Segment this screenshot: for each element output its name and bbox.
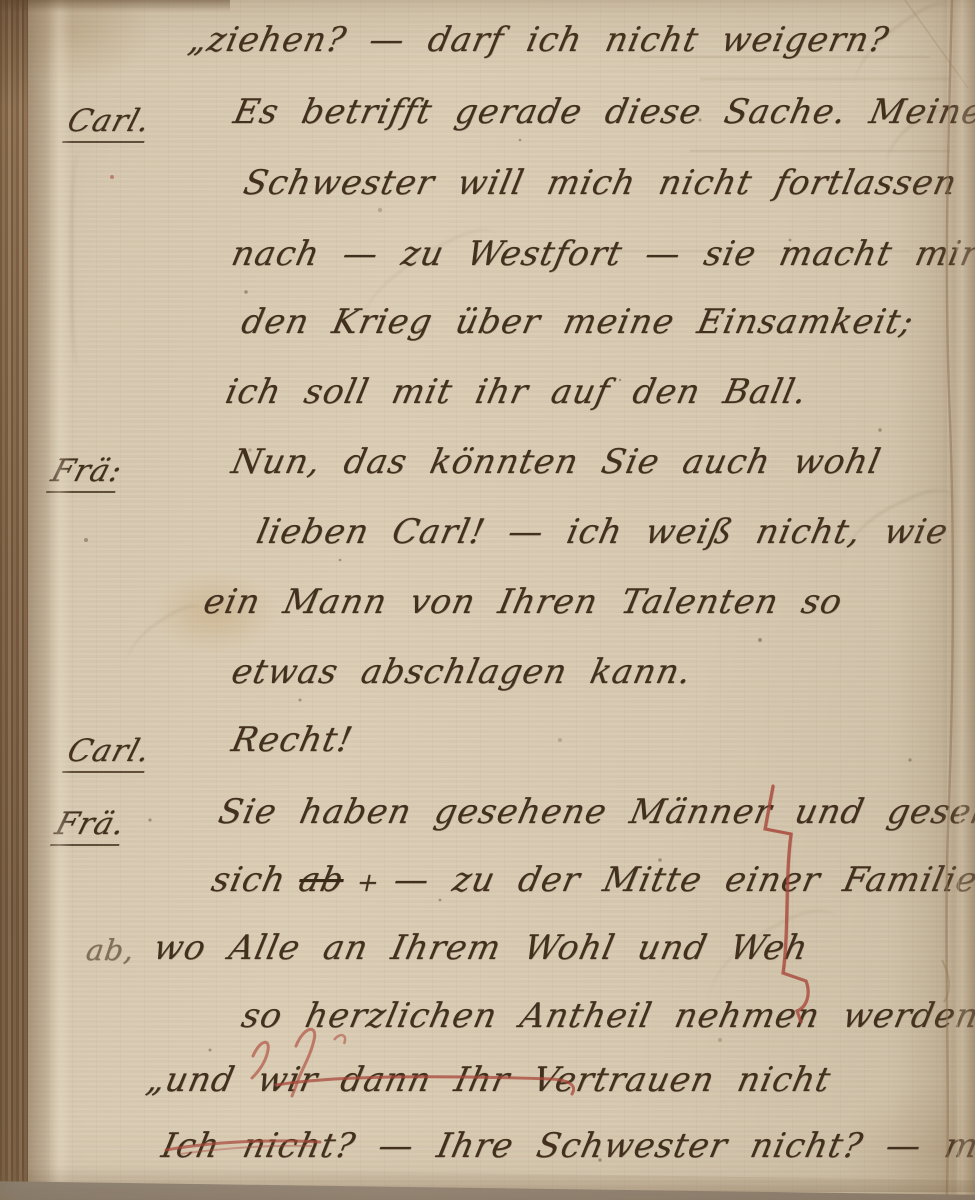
text-line: „ziehen? — darf ich nicht weigern? [185,20,893,60]
gutter-crease [46,0,72,1200]
text-line: den Krieg über meine Einsamkeit; [238,302,917,342]
text-line: so herzlichen Antheil nehmen werden. [238,996,975,1036]
text-line: wo Alle an Ihrem Wohl und Weh [150,928,812,968]
red-speck [110,175,114,179]
top-edge-shadow [0,0,230,12]
insertion-mark: + [354,868,383,898]
text-segment: sich [208,860,290,900]
binding-edge [0,0,28,1200]
struck-word: ab [295,860,348,900]
margin-note: ab, [84,933,137,967]
text-line: Recht! [228,720,357,760]
text-line: nach — zu Westfort — sie macht mir [228,234,975,274]
bleedthrough-stroke [70,150,93,370]
page-curl-shadow [887,0,947,1200]
text-line: Es betrifft gerade diese Sache. Meine [230,92,975,132]
text-line: Schwester will mich nicht fortlassen [240,163,961,203]
text-line: Sie haben gesehene Männer und gesehen [215,792,975,832]
text-line: Nun, das könnten Sie auch wohl [228,442,885,482]
speaker-label: Carl. [62,103,155,143]
text-line: sichab+— zu der Mitte einer Familie, [208,860,975,900]
speaker-label: Carl. [62,733,155,773]
text-line: lieben Carl! — ich weiß nicht, wie [253,512,952,552]
text-line: etwas abschlagen kann. [228,652,696,692]
page-right-edge [941,0,975,1200]
manuscript-page: „ziehen? — darf ich nicht weigern? Carl.… [0,0,975,1200]
text-line: ein Mann von Ihren Talenten so [200,582,846,622]
text-line: „und wir dann Ihr Vertrauen nicht [143,1060,835,1100]
bleedthrough-stroke [122,595,208,687]
text-line: Ich nicht? — Ihre Schwester nicht? — mei… [158,1126,975,1166]
text-line: ich soll mit ihr auf den Ball. [222,372,811,412]
